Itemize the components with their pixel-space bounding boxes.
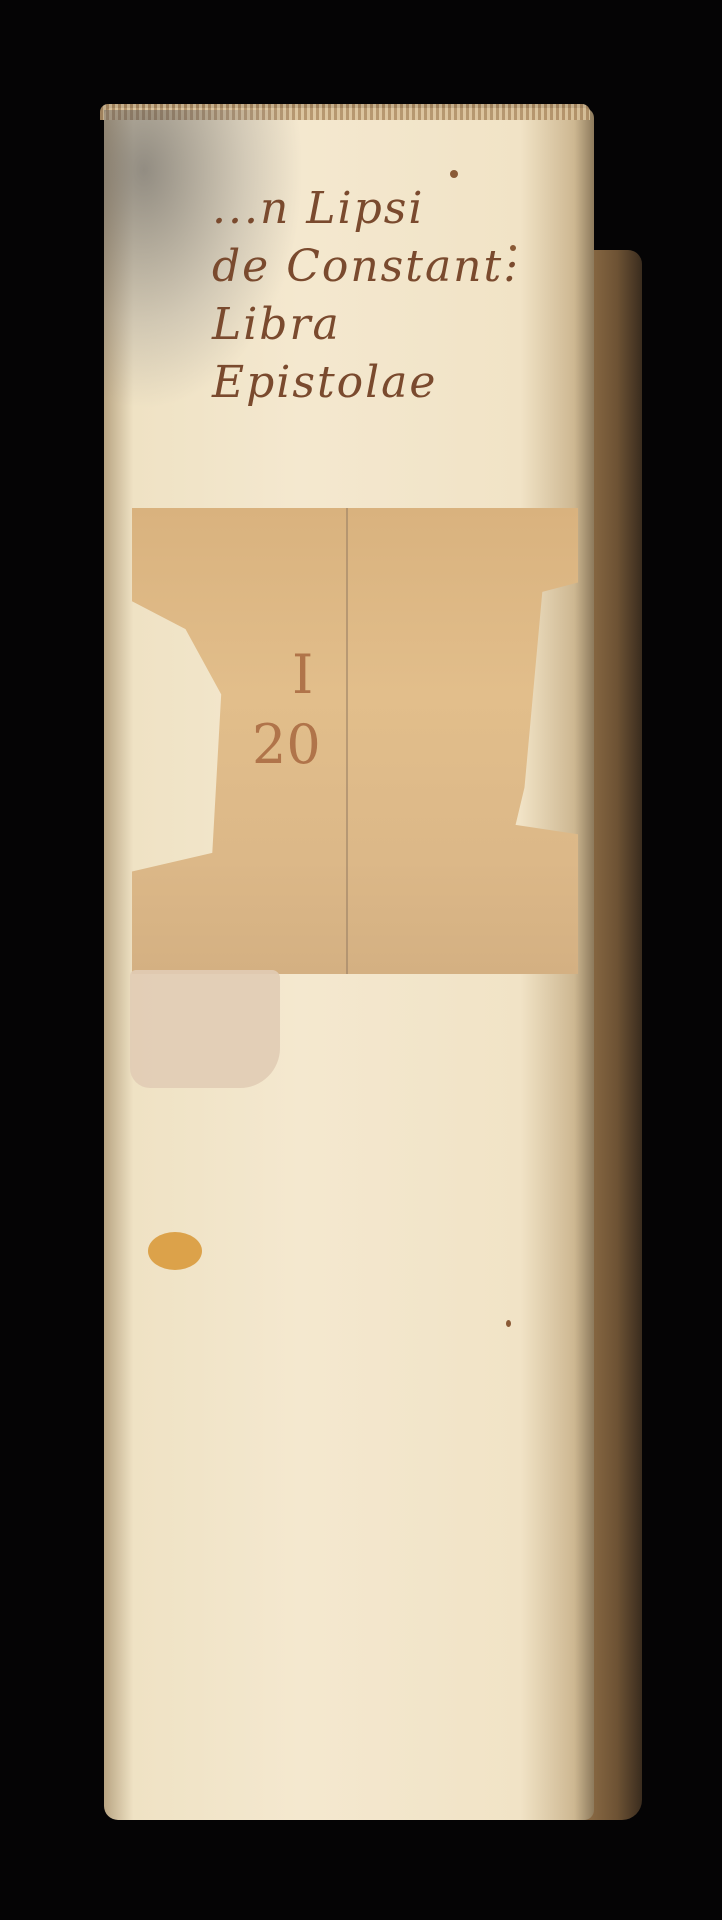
- title-line: de Constant:: [212, 238, 520, 296]
- shelfmark-text: I 20: [252, 640, 321, 780]
- shelfmark-line: I: [252, 640, 321, 710]
- title-line: Epistolae: [212, 354, 520, 412]
- ink-spot: [450, 170, 458, 178]
- shelfmark-line: 20: [252, 710, 321, 780]
- title-line: ...n Lipsi: [212, 180, 520, 238]
- title-line: Libra: [212, 296, 520, 354]
- ink-spot: [510, 245, 516, 251]
- yellow-stain: [148, 1232, 202, 1270]
- ink-spot: [506, 1320, 511, 1327]
- vellum-repair-patch: [130, 970, 280, 1088]
- handwritten-spine-title: ...n Lipsi de Constant: Libra Epistolae: [212, 180, 520, 412]
